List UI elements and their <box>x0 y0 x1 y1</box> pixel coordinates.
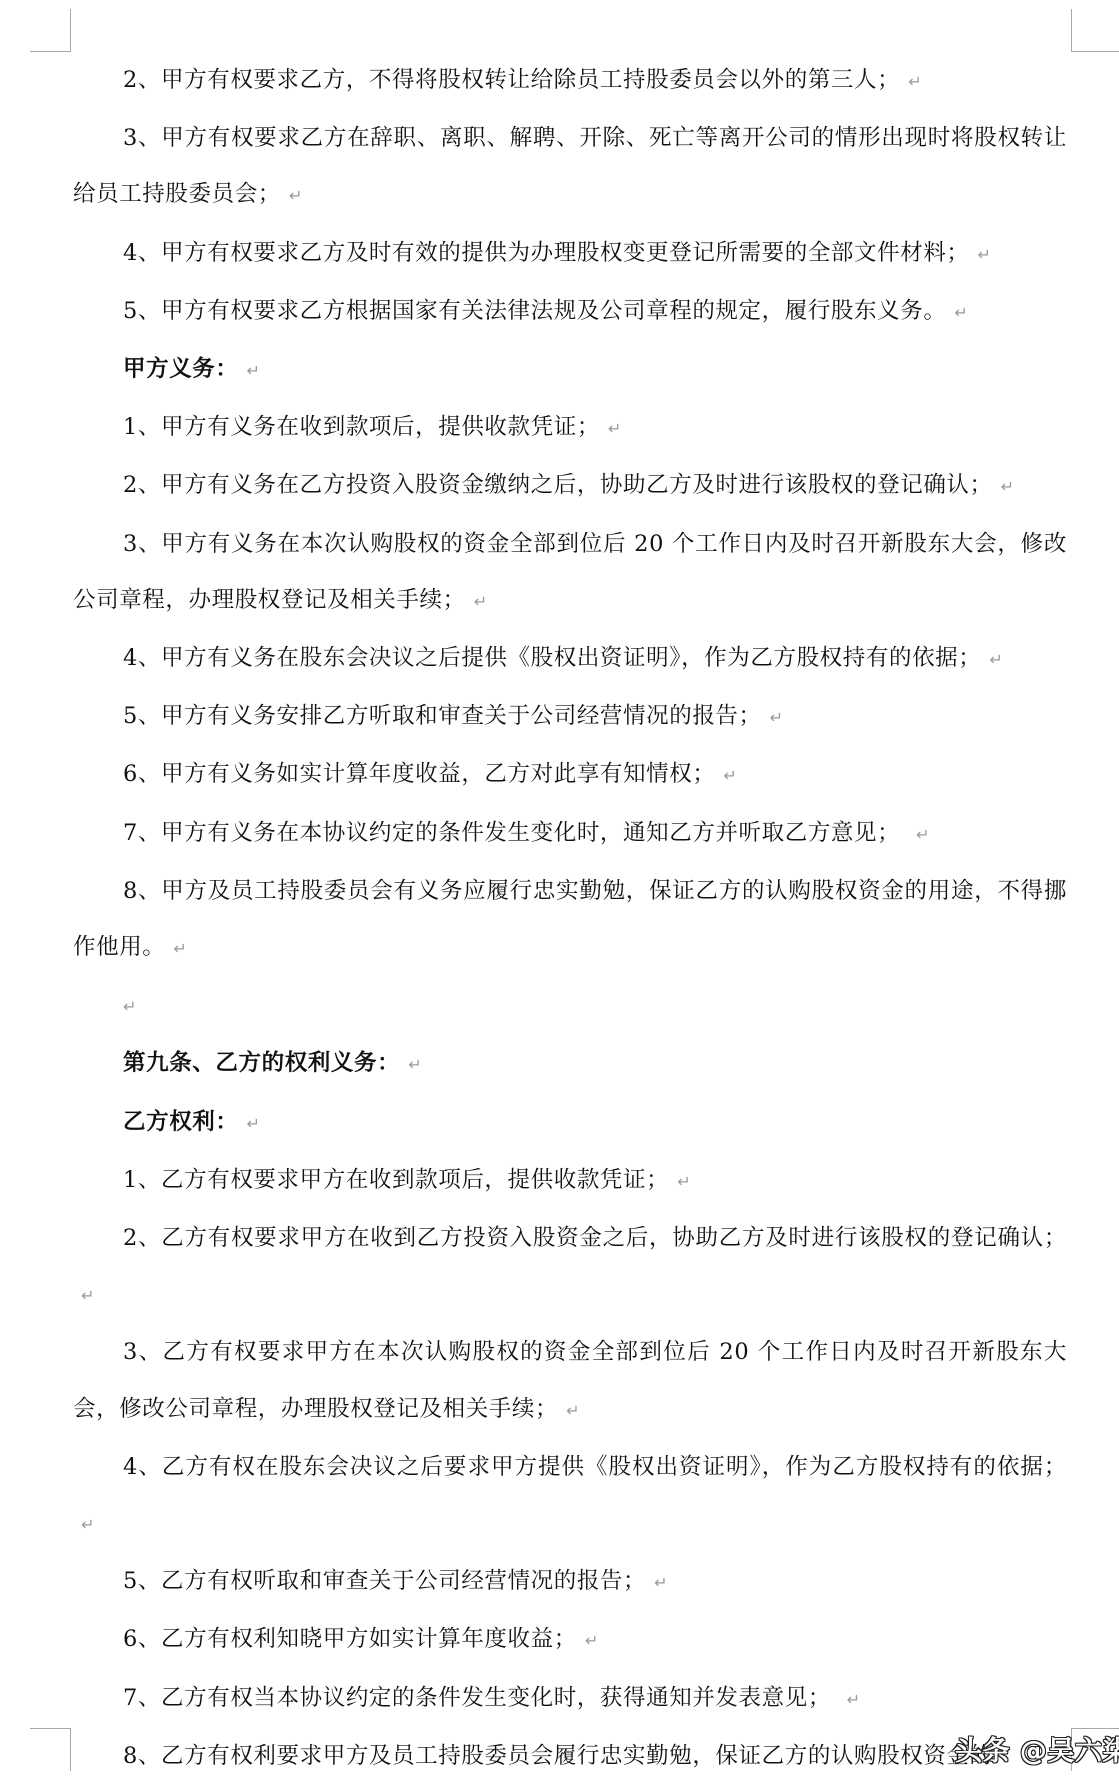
paragraph-mark-icon: ↵ <box>566 1401 579 1420</box>
paragraph: 3、甲方有权要求乙方在辞职、离职、解聘、开除、死亡等离开公司的情形出现时将股权转… <box>73 110 1067 224</box>
empty-paragraph: ↵ <box>73 977 1067 1035</box>
paragraph: 4、乙方有权在股东会决议之后要求甲方提供《股权出资证明》，作为乙方股权持有的依据… <box>73 1439 1067 1553</box>
paragraph-mark-icon: ↵ <box>608 419 621 438</box>
paragraph: 4、甲方有义务在股东会决议之后提供《股权出资证明》，作为乙方股权持有的依据；↵ <box>73 630 1067 688</box>
paragraph-text: 7、甲方有义务在本协议约定的条件发生变化时，通知乙方并听取乙方意见； <box>123 820 908 846</box>
section-heading: 乙方权利：↵ <box>73 1094 1067 1152</box>
paragraph: 2、甲方有义务在乙方投资入股资金缴纳之后，协助乙方及时进行该股权的登记确认；↵ <box>73 457 1067 515</box>
paragraph-mark-icon: ↵ <box>247 361 260 380</box>
paragraph: 7、甲方有义务在本协议约定的条件发生变化时，通知乙方并听取乙方意见； ↵ <box>73 805 1067 863</box>
paragraph-mark-icon: ↵ <box>123 997 136 1016</box>
paragraph-mark-icon: ↵ <box>908 72 921 91</box>
paragraph-mark-icon: ↵ <box>81 1286 94 1305</box>
paragraph: 2、甲方有权要求乙方，不得将股权转让给除员工持股委员会以外的第三人；↵ <box>73 52 1067 110</box>
paragraph: 8、甲方及员工持股委员会有义务应履行忠实勤勉，保证乙方的认购股权资金的用途，不得… <box>73 863 1067 977</box>
paragraph: 1、甲方有义务在收到款项后，提供收款凭证；↵ <box>73 399 1067 457</box>
section-heading: 第九条、乙方的权利义务：↵ <box>73 1035 1067 1093</box>
paragraph-mark-icon: ↵ <box>954 303 967 322</box>
paragraph: 3、乙方有权要求甲方在本次认购股权的资金全部到位后 20 个工作日内及时召开新股… <box>73 1324 1067 1438</box>
crop-mark-bottom-left <box>30 1728 71 1771</box>
paragraph-mark-icon: ↵ <box>677 1172 690 1191</box>
paragraph-mark-icon: ↵ <box>585 1631 598 1650</box>
paragraph: 1、乙方有权要求甲方在收到款项后，提供收款凭证；↵ <box>73 1152 1067 1210</box>
paragraph-mark-icon: ↵ <box>408 1055 421 1074</box>
paragraph: 6、甲方有义务如实计算年度收益，乙方对此享有知情权；↵ <box>73 746 1067 804</box>
section-heading: 甲方义务：↵ <box>73 341 1067 399</box>
paragraph-text: 3、甲方有义务在本次认购股权的资金全部到位后 20 个工作日内及时召开新股东大会… <box>73 531 1067 613</box>
paragraph-text: 甲方义务： <box>123 356 239 382</box>
paragraph-mark-icon: ↵ <box>916 825 929 844</box>
paragraph-mark-icon: ↵ <box>847 1690 860 1709</box>
watermark: 头条 @吴六柒 <box>955 1729 1119 1768</box>
paragraph-text: 8、甲方及员工持股委员会有义务应履行忠实勤勉，保证乙方的认购股权资金的用途，不得… <box>73 878 1067 960</box>
paragraph-text: 2、甲方有义务在乙方投资入股资金缴纳之后，协助乙方及时进行该股权的登记确认； <box>123 472 993 498</box>
paragraph-mark-icon: ↵ <box>247 1114 260 1133</box>
paragraph: 5、甲方有权要求乙方根据国家有关法律法规及公司章程的规定，履行股东义务。↵ <box>73 283 1067 341</box>
paragraph-mark-icon: ↵ <box>723 766 736 785</box>
paragraph-text: 4、甲方有义务在股东会决议之后提供《股权出资证明》，作为乙方股权持有的依据； <box>123 645 981 671</box>
paragraph: 7、乙方有权当本协议约定的条件发生变化时，获得通知并发表意见； ↵ <box>73 1670 1067 1728</box>
paragraph-text: 3、甲方有权要求乙方在辞职、离职、解聘、开除、死亡等离开公司的情形出现时将股权转… <box>73 125 1067 207</box>
paragraph-mark-icon: ↵ <box>81 1515 94 1534</box>
paragraph-mark-icon: ↵ <box>474 592 487 611</box>
paragraph-text: 第九条、乙方的权利义务： <box>123 1050 400 1076</box>
paragraph-text: 8、乙方有权利要求甲方及员工持股委员会履行忠实勤勉，保证乙方的认购股权资金的 <box>123 1743 993 1769</box>
paragraph-mark-icon: ↵ <box>289 186 302 205</box>
paragraph: 6、乙方有权利知晓甲方如实计算年度收益；↵ <box>73 1611 1067 1669</box>
crop-mark-top-left <box>30 9 71 52</box>
paragraph-mark-icon: ↵ <box>173 939 186 958</box>
paragraph-text: 1、甲方有义务在收到款项后，提供收款凭证； <box>123 414 600 440</box>
paragraph-mark-icon: ↵ <box>654 1573 667 1592</box>
paragraph: 2、乙方有权要求甲方在收到乙方投资入股资金之后，协助乙方及时进行该股权的登记确认… <box>73 1210 1067 1324</box>
paragraph-text: 5、甲方有权要求乙方根据国家有关法律法规及公司章程的规定，履行股东义务。 <box>123 298 946 324</box>
paragraph: 5、乙方有权听取和审查关于公司经营情况的报告；↵ <box>73 1553 1067 1611</box>
paragraph-text: 乙方权利： <box>123 1109 239 1135</box>
paragraph-text: 7、乙方有权当本协议约定的条件发生变化时，获得通知并发表意见； <box>123 1685 839 1711</box>
paragraph-text: 2、甲方有权要求乙方，不得将股权转让给除员工持股委员会以外的第三人； <box>123 67 900 93</box>
paragraph-text: 5、乙方有权听取和审查关于公司经营情况的报告； <box>123 1568 646 1594</box>
paragraph-text: 6、甲方有义务如实计算年度收益，乙方对此享有知情权； <box>123 761 715 787</box>
paragraph: 5、甲方有义务安排乙方听取和审查关于公司经营情况的报告；↵ <box>73 688 1067 746</box>
paragraph-mark-icon: ↵ <box>1001 477 1014 496</box>
paragraph-text: 5、甲方有义务安排乙方听取和审查关于公司经营情况的报告； <box>123 703 762 729</box>
document-body: 2、甲方有权要求乙方，不得将股权转让给除员工持股委员会以外的第三人；↵3、甲方有… <box>73 52 1067 1784</box>
paragraph-mark-icon: ↵ <box>770 708 783 727</box>
paragraph-text: 6、乙方有权利知晓甲方如实计算年度收益； <box>123 1626 577 1652</box>
paragraph: 8、乙方有权利要求甲方及员工持股委员会履行忠实勤勉，保证乙方的认购股权资金的 <box>73 1728 1067 1784</box>
paragraph-mark-icon: ↵ <box>978 245 991 264</box>
paragraph-text: 2、乙方有权要求甲方在收到乙方投资入股资金之后，协助乙方及时进行该股权的登记确认… <box>123 1225 1067 1251</box>
paragraph: 4、甲方有权要求乙方及时有效的提供为办理股权变更登记所需要的全部文件材料；↵ <box>73 225 1067 283</box>
paragraph-text: 1、乙方有权要求甲方在收到款项后，提供收款凭证； <box>123 1167 669 1193</box>
crop-mark-top-right <box>1071 9 1119 52</box>
paragraph: 3、甲方有义务在本次认购股权的资金全部到位后 20 个工作日内及时召开新股东大会… <box>73 516 1067 630</box>
paragraph-mark-icon: ↵ <box>989 650 1002 669</box>
paragraph-text: 4、乙方有权在股东会决议之后要求甲方提供《股权出资证明》，作为乙方股权持有的依据… <box>123 1454 1067 1480</box>
paragraph-text: 4、甲方有权要求乙方及时有效的提供为办理股权变更登记所需要的全部文件材料； <box>123 240 970 266</box>
